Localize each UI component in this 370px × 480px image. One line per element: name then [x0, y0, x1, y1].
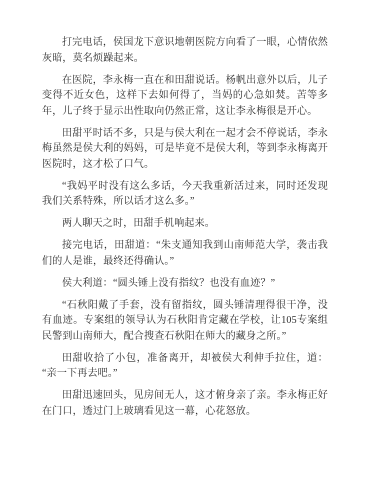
paragraph: 两人聊天之时，田甜手机响起来。: [42, 216, 328, 232]
paragraph: “我妈平时没有这么多话，今天我重新活过来，同时还发现我们关系特殊，所以话才这么多…: [42, 179, 328, 210]
paragraph: 侯大利道：“圆头锤上没有指纹？也没有血迹？”: [42, 276, 328, 292]
paragraph: 田甜收拾了小包，准备离开，却被侯大利伸手拉住，道：“亲一下再去吧。”: [42, 351, 328, 382]
paragraph: 在医院，李永梅一直在和田甜说话。杨帆出意外以后，儿子变得不近女色，这样下去如何得…: [42, 73, 328, 120]
ebook-reader-page: 打完电话，侯国龙下意识地朝医院方向看了一眼，心情依然灰暗，莫名烦躁起来。 在医院…: [0, 0, 370, 480]
paragraph: 打完电话，侯国龙下意识地朝医院方向看了一眼，心情依然灰暗，莫名烦躁起来。: [42, 35, 328, 66]
paragraph: 接完电话，田甜道：“朱支通知我到山南师范大学，袭击我们的人是谁，最终还得确认。”: [42, 238, 328, 269]
paragraph: 田甜迅速回头，见房间无人，这才俯身亲了亲。李永梅正好在门口，透过门上玻璃看见这一…: [42, 388, 328, 419]
paragraph: “石秋阳戴了手套，没有留指纹，圆头锤清理得很干净，没有血迹。专案组的领导认为石秋…: [42, 298, 328, 345]
paragraph: 田甜平时话不多，只是与侯大利在一起才会不停说话，李永梅虽然是侯大利的妈妈，可是毕…: [42, 126, 328, 173]
